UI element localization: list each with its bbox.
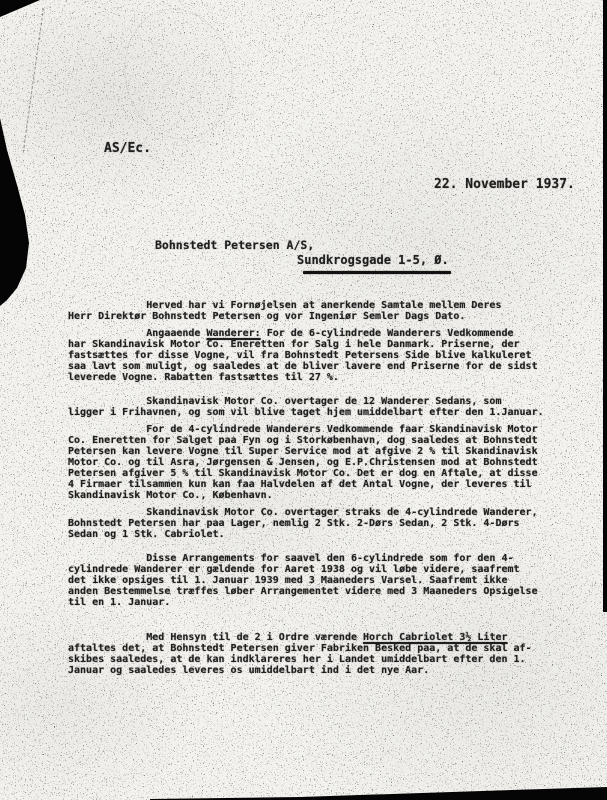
- paragraph: Angaaende Wanderer: For de 6-cylindrede …: [68, 328, 568, 383]
- text-line: Motor Co. og til Asra, Jørgensen & Jense…: [68, 457, 568, 468]
- text-line: anden Bestemmelse træffes løber Arrangem…: [68, 586, 568, 597]
- scan-edge-right-strip: [603, 0, 607, 612]
- text-line: Disse Arrangements for saavel den 6-cyli…: [68, 553, 568, 564]
- scan-edge-left-blob: [0, 115, 30, 307]
- text-line: For de 4-cylindrede Wanderers Vedkommend…: [68, 424, 568, 435]
- letter-body: Herved har vi Fornøjelsen at anerkende S…: [68, 300, 568, 682]
- paragraph: Herved har vi Fornøjelsen at anerkende S…: [68, 300, 568, 322]
- scan-edge-top-left: [0, 0, 40, 17]
- text-line: saa lavt som muligt, og saaledes at de b…: [68, 361, 568, 372]
- text-line: har Skandinavisk Motor Co. Eneretten for…: [68, 339, 568, 350]
- text-line: det ikke opsiges til 1. Januar 1939 med …: [68, 575, 568, 586]
- text-line: ligger i Frihavnen, og som vil blive tag…: [68, 407, 568, 418]
- text-line: Skandinavisk Motor Co. overtager de 12 W…: [68, 396, 568, 407]
- paragraph: Med Hensyn til de 2 i Ordre værende Horc…: [68, 632, 568, 676]
- text-line: Petersen afgiver 5 % til Skandinavisk Mo…: [68, 468, 568, 479]
- text-line: cylindrede Wanderer er gældende for Aare…: [68, 564, 568, 575]
- fold-mark-line: [23, 8, 44, 153]
- text-line: aftaltes det, at Bohnstedt Petersen give…: [68, 643, 568, 654]
- faint-emboss-mark: [112, 0, 244, 150]
- scan-edge-bottom-wedge: [150, 786, 607, 800]
- text-line: Petersen kan levere Vogne til Super Serv…: [68, 446, 568, 457]
- underlined-phrase: Wanderer:: [206, 328, 260, 339]
- paragraph: For de 4-cylindrede Wanderers Vedkommend…: [68, 424, 568, 501]
- paragraph: Disse Arrangements for saavel den 6-cyli…: [68, 553, 568, 608]
- underlined-phrase: Horch Cabriolet 3½ Liter: [363, 632, 508, 643]
- text-line: Sedan og 1 Stk. Cabriolet.: [68, 529, 568, 540]
- text-line: leverede Vogne. Rabatten fastsættes til …: [68, 372, 568, 383]
- scanned-letter-page: AS/Ec. 22. November 1937. Bohnstedt Pete…: [0, 0, 607, 800]
- text-line: fastsættes for disse Vogne, vil fra Bohn…: [68, 350, 568, 361]
- address-underline: [303, 271, 451, 274]
- text-line: Bohnstedt Petersen har paa Lager, nemlig…: [68, 518, 568, 529]
- text-line: skibes saaledes, at de kan indklareres h…: [68, 654, 568, 665]
- text-line: Herr Direktør Bohnstedt Petersen og vor …: [68, 311, 568, 322]
- text-line: Herved har vi Fornøjelsen at anerkende S…: [68, 300, 568, 311]
- paragraph: Skandinavisk Motor Co. overtager straks …: [68, 507, 568, 540]
- paragraph: Skandinavisk Motor Co. overtager de 12 W…: [68, 396, 568, 418]
- recipient-address: Sundkrogsgade 1-5, Ø.: [297, 253, 449, 267]
- text-line: Angaaende Wanderer: For de 6-cylindrede …: [68, 328, 568, 339]
- text-line: til en 1. Januar.: [68, 597, 568, 608]
- text-line: Med Hensyn til de 2 i Ordre værende Horc…: [68, 632, 568, 643]
- text-line: 4 Firmaer tilsammen kun kan faa Halvdele…: [68, 479, 568, 490]
- text-line: Januar og saaledes leveres os umiddelbar…: [68, 665, 568, 676]
- reference-code: AS/Ec.: [104, 141, 151, 156]
- letter-date: 22. November 1937.: [434, 177, 575, 192]
- recipient-name: Bohnstedt Petersen A/S,: [155, 238, 314, 252]
- text-line: Skandinavisk Motor Co., København.: [68, 490, 568, 501]
- text-line: Skandinavisk Motor Co. overtager straks …: [68, 507, 568, 518]
- text-line: Co. Eneretten for Salget paa Fyn og i St…: [68, 435, 568, 446]
